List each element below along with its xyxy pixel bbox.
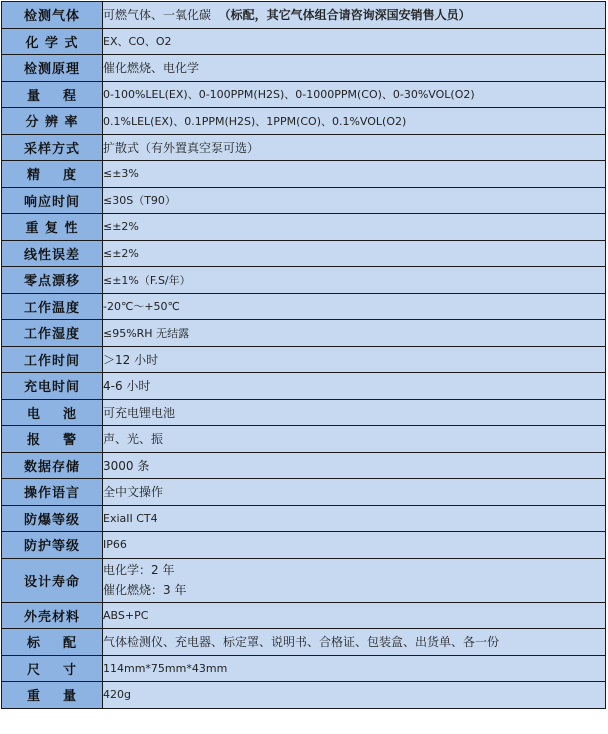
value-note: （标配，其它气体组合请咨询深国安销售人员） (219, 8, 471, 22)
row-label: 充电时间 (2, 373, 103, 400)
row-label: 精 度 (2, 161, 103, 188)
row-value: ＞12 小时 (103, 346, 606, 373)
table-row: 响应时间 ≤30S（T90） (2, 187, 606, 214)
row-value: 114mm*75mm*43mm (103, 655, 606, 682)
row-label: 线性误差 (2, 240, 103, 267)
row-value: ≤±2% (103, 240, 606, 267)
row-label: 电 池 (2, 399, 103, 426)
table-row: 检测气体 可燃气体、一氧化碳 （标配，其它气体组合请咨询深国安销售人员） (2, 2, 606, 29)
table-row: 操作语言 全中文操作 (2, 479, 606, 506)
table-row: 化 学 式 EX、CO、O2 (2, 28, 606, 55)
table-row: 量 程 0-100%LEL(EX)、0-100PPM(H2S)、0-1000PP… (2, 81, 606, 108)
value-line: 电化学：2 年 (103, 560, 605, 580)
table-row: 标 配 气体检测仪、充电器、标定罩、说明书、合格证、包装盒、出货单、各一份 (2, 629, 606, 656)
row-label: 工作时间 (2, 346, 103, 373)
row-value: 3000 条 (103, 452, 606, 479)
row-label: 防爆等级 (2, 505, 103, 532)
row-value: 0-100%LEL(EX)、0-100PPM(H2S)、0-1000PPM(CO… (103, 81, 606, 108)
row-value: 4-6 小时 (103, 373, 606, 400)
row-label: 响应时间 (2, 187, 103, 214)
row-label: 操作语言 (2, 479, 103, 506)
row-value: EX、CO、O2 (103, 28, 606, 55)
spec-table: 检测气体 可燃气体、一氧化碳 （标配，其它气体组合请咨询深国安销售人员） 化 学… (1, 1, 606, 709)
row-value: -20℃～+50℃ (103, 293, 606, 320)
row-value: ExiaII CT4 (103, 505, 606, 532)
row-value: 电化学：2 年 催化燃烧：3 年 (103, 558, 606, 602)
table-row: 线性误差 ≤±2% (2, 240, 606, 267)
table-row: 设计寿命 电化学：2 年 催化燃烧：3 年 (2, 558, 606, 602)
row-value: ≤±1%（F.S/年） (103, 267, 606, 294)
row-value: ABS+PC (103, 602, 606, 629)
table-row: 外壳材料 ABS+PC (2, 602, 606, 629)
row-value: ≤95%RH 无结露 (103, 320, 606, 347)
row-label: 数据存储 (2, 452, 103, 479)
table-row: 充电时间 4-6 小时 (2, 373, 606, 400)
row-label: 标 配 (2, 629, 103, 656)
row-label: 检测气体 (2, 2, 103, 29)
table-row: 工作时间 ＞12 小时 (2, 346, 606, 373)
row-label: 量 程 (2, 81, 103, 108)
table-row: 零点漂移 ≤±1%（F.S/年） (2, 267, 606, 294)
row-label: 防护等级 (2, 532, 103, 559)
row-value: ≤±2% (103, 214, 606, 241)
table-row: 精 度 ≤±3% (2, 161, 606, 188)
row-label: 工作湿度 (2, 320, 103, 347)
row-value: 气体检测仪、充电器、标定罩、说明书、合格证、包装盒、出货单、各一份 (103, 629, 606, 656)
table-row: 尺 寸 114mm*75mm*43mm (2, 655, 606, 682)
row-label: 零点漂移 (2, 267, 103, 294)
row-value: 0.1%LEL(EX)、0.1PPM(H2S)、1PPM(CO)、0.1%VOL… (103, 108, 606, 135)
row-label: 化 学 式 (2, 28, 103, 55)
row-label: 检测原理 (2, 55, 103, 82)
table-row: 分 辨 率 0.1%LEL(EX)、0.1PPM(H2S)、1PPM(CO)、0… (2, 108, 606, 135)
table-row: 重 复 性 ≤±2% (2, 214, 606, 241)
table-row: 检测原理 催化燃烧、电化学 (2, 55, 606, 82)
table-row: 报 警 声、光、振 (2, 426, 606, 453)
table-row: 数据存储 3000 条 (2, 452, 606, 479)
row-value: IP66 (103, 532, 606, 559)
row-label: 设计寿命 (2, 558, 103, 602)
table-row: 工作湿度 ≤95%RH 无结露 (2, 320, 606, 347)
table-row: 防护等级 IP66 (2, 532, 606, 559)
row-label: 重 复 性 (2, 214, 103, 241)
row-value: 420g (103, 682, 606, 709)
row-value: 扩散式（有外置真空泵可选） (103, 134, 606, 161)
row-value: 可燃气体、一氧化碳 （标配，其它气体组合请咨询深国安销售人员） (103, 2, 606, 29)
row-label: 尺 寸 (2, 655, 103, 682)
table-row: 工作温度 -20℃～+50℃ (2, 293, 606, 320)
value-line: 催化燃烧：3 年 (103, 580, 605, 600)
row-value: 全中文操作 (103, 479, 606, 506)
row-label: 采样方式 (2, 134, 103, 161)
row-value: 催化燃烧、电化学 (103, 55, 606, 82)
row-value: 可充电锂电池 (103, 399, 606, 426)
row-label: 报 警 (2, 426, 103, 453)
row-label: 外壳材料 (2, 602, 103, 629)
row-label: 重 量 (2, 682, 103, 709)
row-label: 分 辨 率 (2, 108, 103, 135)
row-value: ≤30S（T90） (103, 187, 606, 214)
table-row: 重 量 420g (2, 682, 606, 709)
table-row: 电 池 可充电锂电池 (2, 399, 606, 426)
row-value: 声、光、振 (103, 426, 606, 453)
table-row: 防爆等级 ExiaII CT4 (2, 505, 606, 532)
table-row: 采样方式 扩散式（有外置真空泵可选） (2, 134, 606, 161)
row-label: 工作温度 (2, 293, 103, 320)
row-value: ≤±3% (103, 161, 606, 188)
value-text: 可燃气体、一氧化碳 (103, 8, 211, 22)
